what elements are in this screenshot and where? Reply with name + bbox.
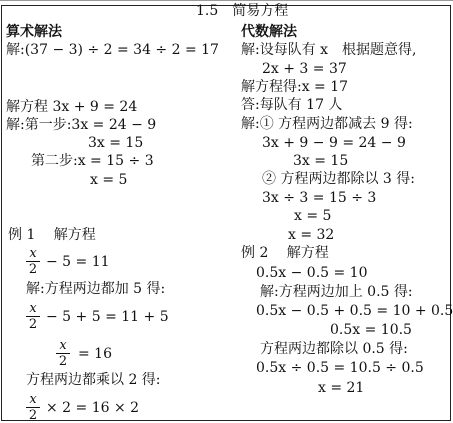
example-2-solution: 解:方程两边加上 0.5 得: [260, 284, 413, 300]
example-1-solution: 解:方程两边都加 5 得: [26, 281, 165, 297]
top-rule [0, 0, 453, 1]
step-two-divide-eq: 3x ÷ 3 = 15 ÷ 3 [262, 190, 376, 206]
step-one-result: 3x = 15 [88, 135, 143, 151]
page-title: 1.5 简易方程 [196, 3, 288, 19]
step-two-divide: ② 方程两边都除以 3 得: [262, 171, 415, 187]
algebra-heading: 代数解法 [241, 24, 297, 40]
fraction-x-over-2: x2 [26, 247, 40, 276]
fraction-x-over-2: x2 [26, 393, 40, 422]
example-1-title: 例 1 解方程 [8, 227, 96, 243]
example-2-title: 例 2 解方程 [241, 245, 329, 261]
step-one-subtract: 解:① 方程两边都减去 9 得: [241, 116, 413, 132]
example-2-equation-3: 0.5x = 10.5 [330, 322, 412, 338]
example-2-result: x = 21 [318, 380, 364, 396]
step-two-divide-result: x = 5 [294, 208, 331, 224]
example-1-multiply: 方程两边都乘以 2 得: [26, 372, 161, 388]
example-1-equation: − 5 = 11 [46, 254, 110, 270]
step-two-result: x = 5 [90, 172, 127, 188]
example-2-equation: 0.5x − 0.5 = 10 [256, 265, 368, 281]
algebra-answer: 答:每队有 17 人 [241, 97, 342, 113]
fraction-x-over-2: x2 [56, 339, 70, 368]
arithmetic-solution: 解:(37 − 3) ÷ 2 = 34 ÷ 2 = 17 [6, 42, 219, 58]
extra-result: x = 32 [288, 227, 334, 243]
example-2-divide: 方程两边都除以 0.5 得: [260, 341, 408, 357]
equation-intro: 解方程 3x + 9 = 24 [6, 99, 137, 115]
example-1-equation-4: × 2 = 16 × 2 [46, 400, 139, 416]
algebra-solution: 解方程得:x = 17 [241, 79, 348, 95]
example-1-equation-3: = 16 [78, 346, 112, 362]
fraction-x-over-2: x2 [26, 302, 40, 331]
algebra-equation: 2x + 3 = 37 [262, 61, 347, 77]
step-one: 解:第一步:3x = 24 − 9 [6, 117, 156, 133]
algebra-setup: 解:设每队有 x 根据题意得, [241, 42, 417, 58]
example-1-equation-2: − 5 + 5 = 11 + 5 [46, 309, 169, 325]
step-one-subtract-result: 3x = 15 [293, 153, 348, 169]
arithmetic-heading: 算术解法 [6, 24, 62, 40]
step-one-subtract-eq: 3x + 9 − 9 = 24 − 9 [262, 135, 406, 151]
example-2-equation-2: 0.5x − 0.5 + 0.5 = 10 + 0.5 [256, 303, 453, 319]
example-2-equation-4: 0.5x ÷ 0.5 = 10.5 ÷ 0.5 [256, 360, 424, 376]
step-two: 第二步:x = 15 ÷ 3 [31, 153, 154, 169]
